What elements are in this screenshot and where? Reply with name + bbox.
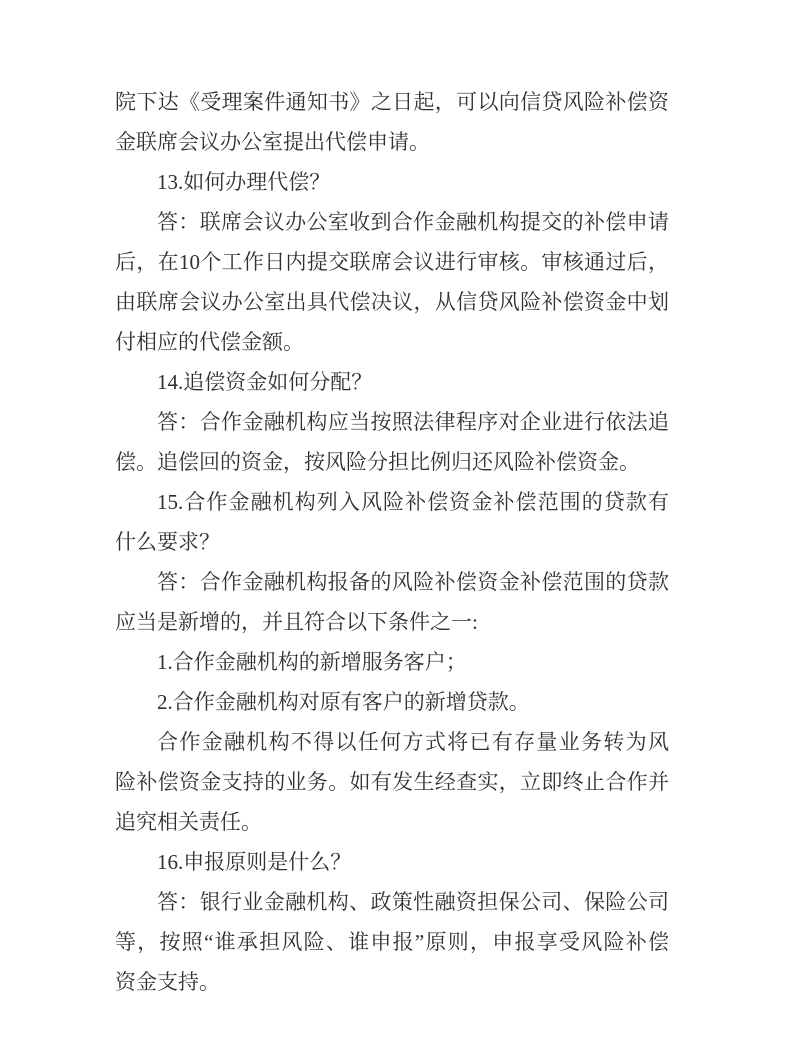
text-line: 答：合作金融机构应当按照法律程序对企业进行依法追 bbox=[115, 402, 669, 442]
text-line: 后，在10个工作日内提交联席会议进行审核。审核通过后， bbox=[115, 242, 669, 282]
text-line: 13.如何办理代偿？ bbox=[115, 162, 669, 202]
text-line: 应当是新增的，并且符合以下条件之一: bbox=[115, 602, 669, 642]
document-text-block: 院下达《受理案件通知书》之日起，可以向信贷风险补偿资金联席会议办公室提出代偿申请… bbox=[115, 82, 669, 1002]
text-line: 2.合作金融机构对原有客户的新增贷款。 bbox=[115, 682, 669, 722]
text-line: 16.申报原则是什么？ bbox=[115, 842, 669, 882]
text-line: 14.追偿资金如何分配？ bbox=[115, 362, 669, 402]
text-line: 金联席会议办公室提出代偿申请。 bbox=[115, 122, 669, 162]
text-line: 等，按照“谁承担风险、谁申报”原则，申报享受风险补偿 bbox=[115, 922, 669, 962]
text-line: 15.合作金融机构列入风险补偿资金补偿范围的贷款有 bbox=[115, 482, 669, 522]
text-line: 险补偿资金支持的业务。如有发生经查实，立即终止合作并 bbox=[115, 762, 669, 802]
text-line: 答：合作金融机构报备的风险补偿资金补偿范围的贷款 bbox=[115, 562, 669, 602]
text-line: 由联席会议办公室出具代偿决议，从信贷风险补偿资金中划 bbox=[115, 282, 669, 322]
text-line: 答：联席会议办公室收到合作金融机构提交的补偿申请 bbox=[115, 202, 669, 242]
text-line: 付相应的代偿金额。 bbox=[115, 322, 669, 362]
text-line: 1.合作金融机构的新增服务客户； bbox=[115, 642, 669, 682]
text-line: 院下达《受理案件通知书》之日起，可以向信贷风险补偿资 bbox=[115, 82, 669, 122]
text-line: 资金支持。 bbox=[115, 962, 669, 1002]
document-page: 院下达《受理案件通知书》之日起，可以向信贷风险补偿资金联席会议办公室提出代偿申请… bbox=[0, 0, 789, 1060]
text-line: 偿。追偿回的资金，按风险分担比例归还风险补偿资金。 bbox=[115, 442, 669, 482]
text-line: 答：银行业金融机构、政策性融资担保公司、保险公司 bbox=[115, 882, 669, 922]
text-line: 合作金融机构不得以任何方式将已有存量业务转为风 bbox=[115, 722, 669, 762]
text-line: 追究相关责任。 bbox=[115, 802, 669, 842]
text-line: 什么要求？ bbox=[115, 522, 669, 562]
